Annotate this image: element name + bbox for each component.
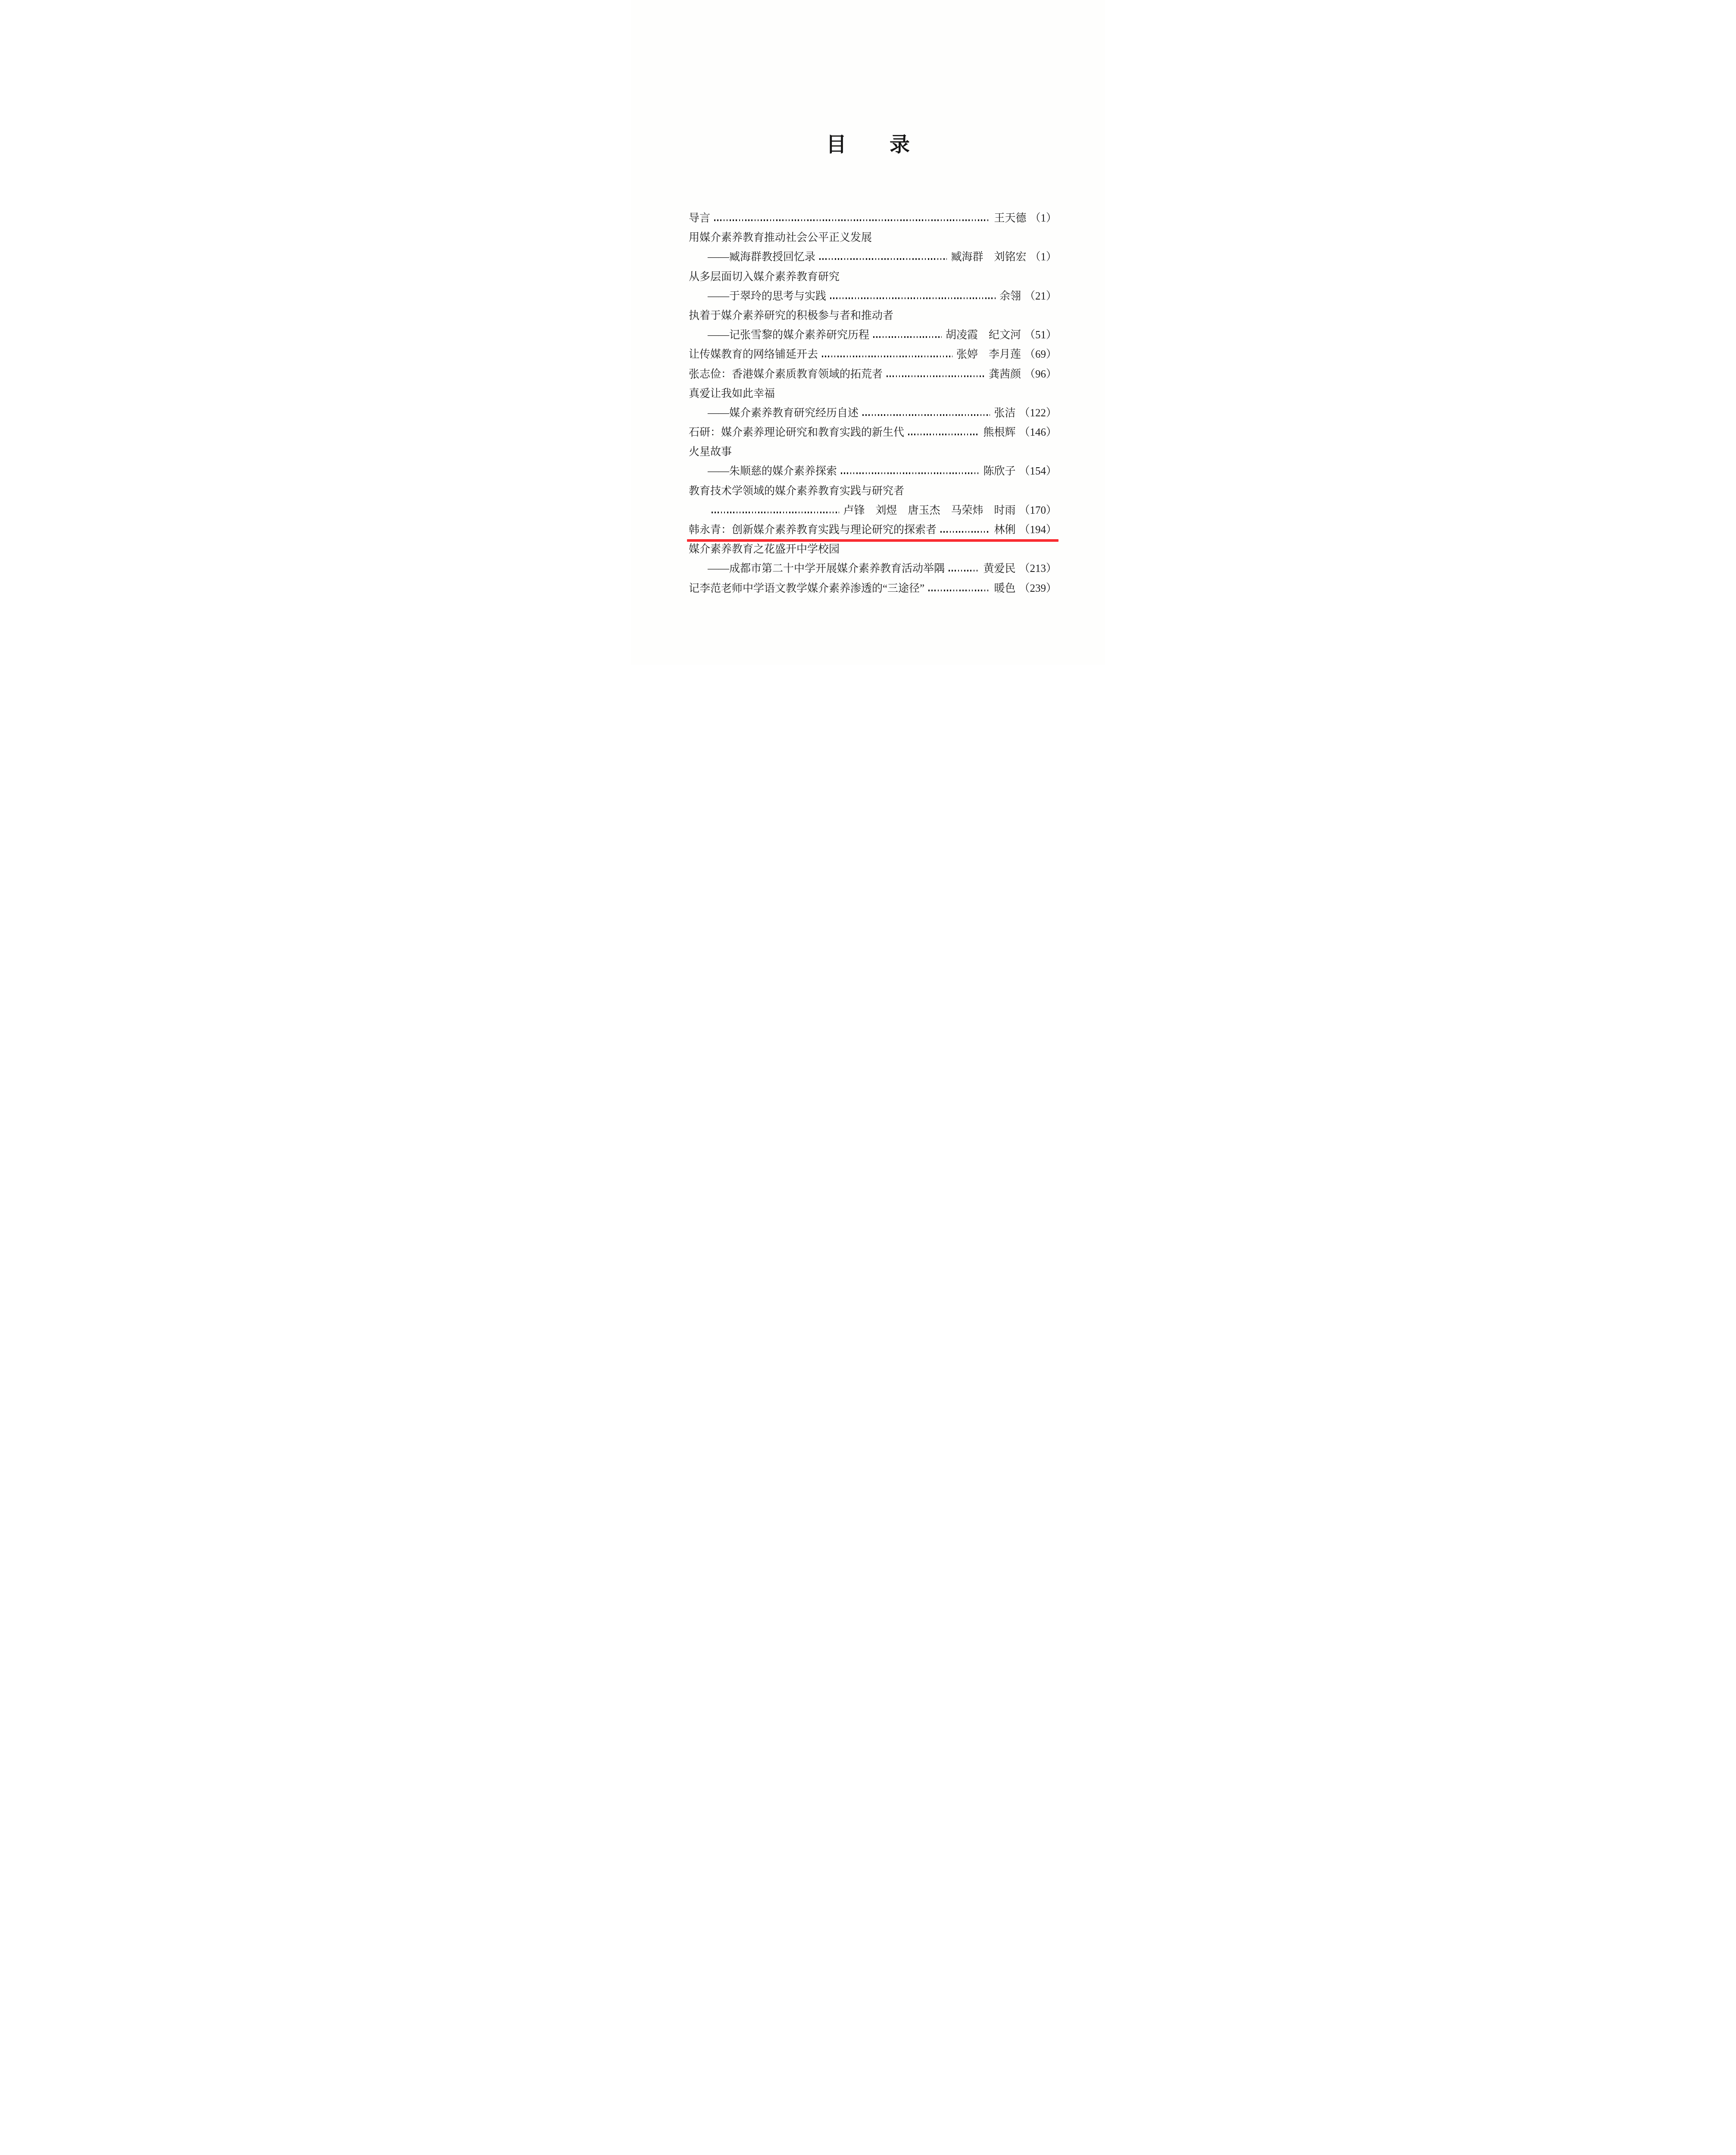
toc-row: 让传媒教育的网络铺延开去 张婷 李月莲 （69） (689, 345, 1057, 364)
dot-leader (887, 375, 985, 377)
toc-row: ——于翠玲的思考与实践 余翎 （21） (689, 287, 1057, 306)
entry-authors: 余翎 (999, 287, 1021, 306)
entry-authors: 龚茜颜 (989, 365, 1021, 384)
toc-page: 目 录 导言 王天德 （1） 用媒介素养教育推动社会公平正义发展 ——臧海群教授… (631, 0, 1105, 665)
entry-page: （213） (1019, 559, 1057, 578)
dot-leader (822, 356, 952, 357)
entry-authors: 暖色 (994, 579, 1015, 598)
entry-page: （51） (1024, 325, 1057, 345)
entry-subtitle: ——于翠玲的思考与实践 (708, 287, 826, 306)
table-of-contents: 导言 王天德 （1） 用媒介素养教育推动社会公平正义发展 ——臧海群教授回忆录 … (689, 209, 1057, 598)
entry-authors: 陈欣子 (983, 462, 1015, 481)
toc-row-highlighted: 韩永青：创新媒介素养教育实践与理论研究的探索者 林俐 （194） (689, 520, 1057, 540)
entry-title: 导言 (689, 209, 710, 228)
dot-leader (714, 219, 990, 221)
entry-title: 执着于媒介素养研究的积极参与者和推动者 (689, 306, 893, 325)
entry-title: 韩永青：创新媒介素养教育实践与理论研究的探索者 (689, 520, 937, 540)
entry-page: （239） (1019, 579, 1057, 598)
entry-title: 真爱让我如此幸福 (689, 384, 775, 403)
entry-subtitle: ——成都市第二十中学开展媒介素养教育活动举隅 (708, 559, 945, 578)
entry-authors: 林俐 (994, 520, 1015, 540)
entry-authors: 胡凌霞 纪文河 (946, 325, 1021, 345)
toc-row: 记李范老师中学语文教学媒介素养渗透的“三途径” 暖色 （239） (689, 579, 1057, 598)
dot-leader (830, 297, 996, 299)
dot-leader (908, 434, 979, 435)
entry-subtitle: ——臧海群教授回忆录 (708, 247, 815, 267)
toc-row: ——臧海群教授回忆录 臧海群 刘铭宏 （1） (689, 247, 1057, 267)
entry-title: 火星故事 (689, 442, 732, 462)
toc-row: 教育技术学领域的媒介素养教育实践与研究者 (689, 481, 1057, 501)
entry-page: （1） (1030, 247, 1057, 267)
toc-row: ——媒介素养教育研究经历自述 张洁 （122） (689, 403, 1057, 423)
toc-row: 媒介素养教育之花盛开中学校园 (689, 540, 1057, 559)
entry-authors: 张婷 李月莲 (956, 345, 1021, 364)
toc-row: 真爱让我如此幸福 (689, 384, 1057, 403)
toc-row: 执着于媒介素养研究的积极参与者和推动者 (689, 306, 1057, 325)
dot-leader (873, 336, 942, 338)
entry-page: （21） (1024, 287, 1057, 306)
entry-title: 张志俭：香港媒介素质教育领域的拓荒者 (689, 365, 883, 384)
entry-authors: 黄爱民 (983, 559, 1015, 578)
entry-subtitle: ——媒介素养教育研究经历自述 (708, 403, 859, 423)
toc-row: ——记张雪黎的媒介素养研究历程 胡凌霞 纪文河 （51） (689, 325, 1057, 345)
entry-title: 石研：媒介素养理论研究和教育实践的新生代 (689, 423, 904, 442)
dot-leader (949, 570, 979, 572)
entry-title: 从多层面切入媒介素养教育研究 (689, 267, 840, 287)
entry-page: （194） (1019, 520, 1057, 540)
entry-subtitle: ——朱顺慈的媒介素养探索 (708, 462, 837, 481)
entry-page: （122） (1019, 403, 1057, 423)
entry-authors: 王天德 (994, 209, 1026, 228)
entry-title: 用媒介素养教育推动社会公平正义发展 (689, 228, 872, 247)
toc-row: ——成都市第二十中学开展媒介素养教育活动举隅 黄爱民 （213） (689, 559, 1057, 578)
entry-title: 媒介素养教育之花盛开中学校园 (689, 540, 840, 559)
entry-authors: 张洁 (994, 403, 1015, 423)
dot-leader (940, 531, 990, 533)
dot-leader (819, 258, 947, 260)
entry-page: （96） (1024, 365, 1057, 384)
entry-page: （1） (1030, 209, 1057, 228)
toc-row: 卢锋 刘煜 唐玉杰 马荣炜 时雨 （170） (689, 501, 1057, 520)
dot-leader (862, 414, 990, 416)
toc-row: 导言 王天德 （1） (689, 209, 1057, 228)
entry-title: 教育技术学领域的媒介素养教育实践与研究者 (689, 481, 904, 501)
toc-row: ——朱顺慈的媒介素养探索 陈欣子 （154） (689, 462, 1057, 481)
entry-subtitle: ——记张雪黎的媒介素养研究历程 (708, 325, 869, 345)
entry-authors: 熊根辉 (983, 423, 1015, 442)
page-title-char-left: 目 (826, 128, 846, 157)
entry-authors: 卢锋 刘煜 唐玉杰 马荣炜 时雨 (843, 501, 1015, 520)
toc-row: 从多层面切入媒介素养教育研究 (689, 267, 1057, 287)
entry-title: 记李范老师中学语文教学媒介素养渗透的“三途径” (689, 579, 924, 598)
toc-row: 张志俭：香港媒介素质教育领域的拓荒者 龚茜颜 （96） (689, 365, 1057, 384)
entry-page: （170） (1019, 501, 1057, 520)
entry-authors: 臧海群 刘铭宏 (951, 247, 1026, 267)
dot-leader (841, 472, 979, 474)
entry-page: （69） (1024, 345, 1057, 364)
page-title: 目 录 (631, 128, 1105, 157)
entry-page: （146） (1019, 423, 1057, 442)
entry-page: （154） (1019, 462, 1057, 481)
dot-leader (712, 512, 839, 513)
page-title-char-right: 录 (890, 128, 910, 157)
entry-title: 让传媒教育的网络铺延开去 (689, 345, 818, 364)
toc-row: 石研：媒介素养理论研究和教育实践的新生代 熊根辉 （146） (689, 423, 1057, 442)
dot-leader (928, 590, 990, 591)
toc-row: 用媒介素养教育推动社会公平正义发展 (689, 228, 1057, 247)
toc-row: 火星故事 (689, 442, 1057, 462)
